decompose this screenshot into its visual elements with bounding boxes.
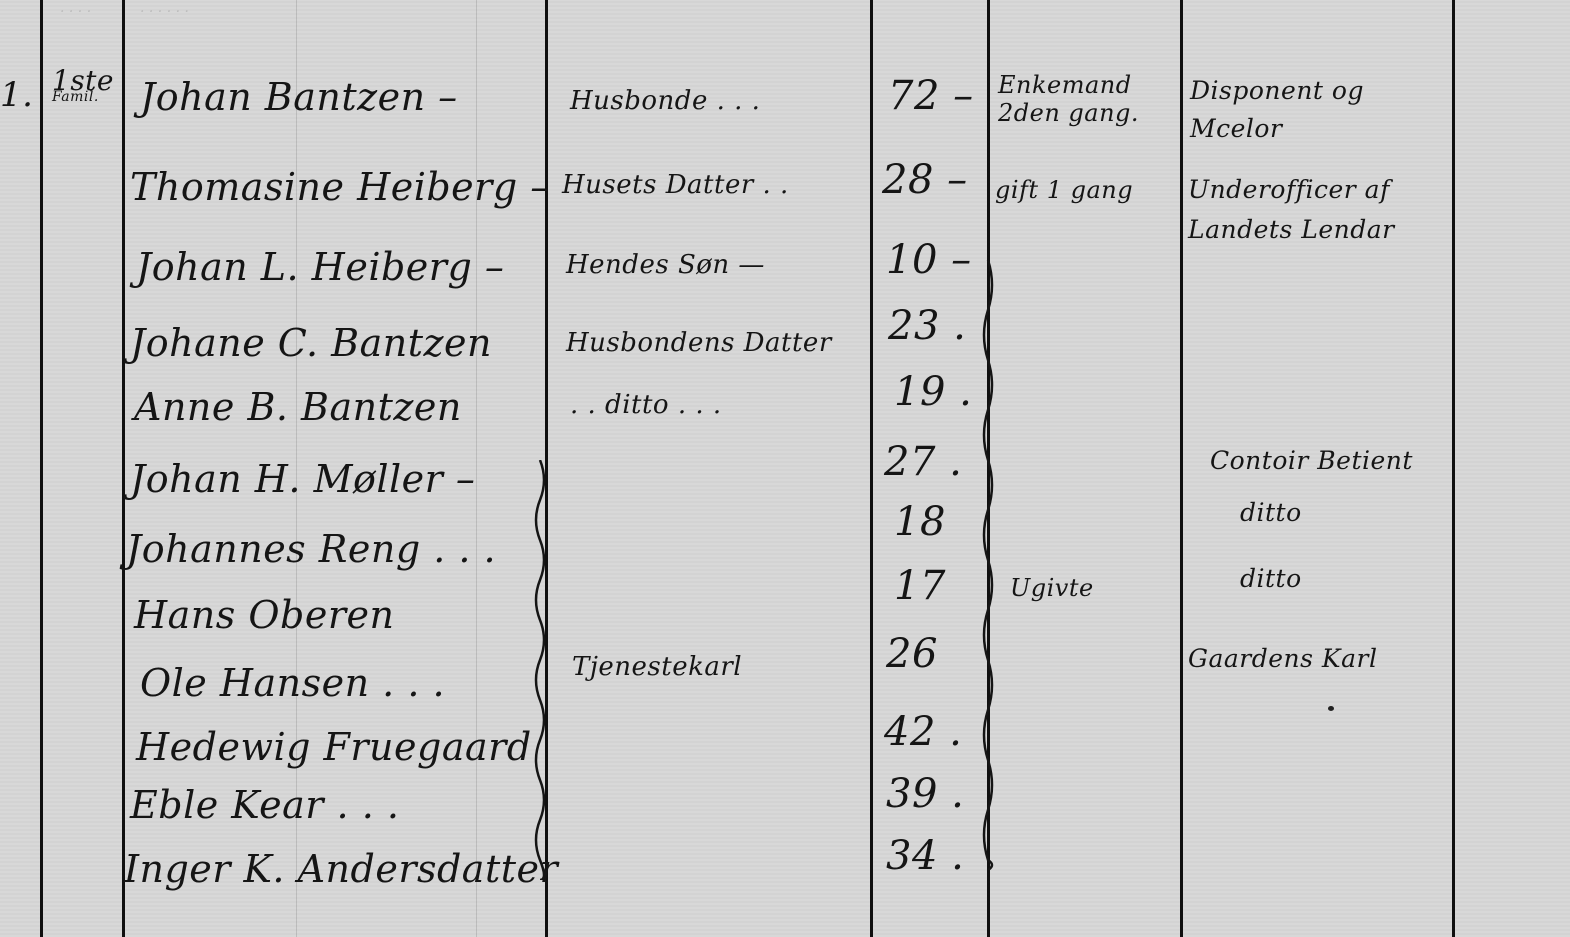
row-8-marital-status: Ugivte xyxy=(1010,576,1094,600)
row-3-age: 10 – xyxy=(886,240,972,280)
column-rule xyxy=(122,0,125,937)
row-8-age: 17 xyxy=(894,566,946,606)
row-9-name: Ole Hansen . . . xyxy=(140,664,445,702)
bracket-stroke xyxy=(981,260,995,870)
row-3-relation: Hendes Søn — xyxy=(566,252,765,278)
row-7-age: 18 xyxy=(894,502,946,542)
faint-guide-line xyxy=(476,0,477,937)
row-4-relation: Husbondens Datter xyxy=(566,330,832,356)
row-2-relation: Husets Datter . . xyxy=(562,172,789,198)
row-4-name: Johane C. Bantzen xyxy=(130,324,492,362)
row-1-marital-status: Enkemand 2den gang. xyxy=(998,72,1178,127)
row-6-occupation: Contoir Betient xyxy=(1210,448,1413,473)
bleed-through-text: · · · · · · xyxy=(140,4,189,20)
bleed-through-text: · · · · xyxy=(60,4,91,20)
row-8-occupation: ditto xyxy=(1240,566,1302,591)
row-5-age: 19 . xyxy=(894,372,972,412)
row-12-name: Inger K. Andersdatter xyxy=(124,850,558,888)
row-1-relation: Husbonde . . . xyxy=(570,88,760,114)
row-12-age: 34 . xyxy=(886,836,964,876)
column-rule xyxy=(870,0,873,937)
row-2-age: 28 – xyxy=(882,160,968,200)
row-11-age: 39 . xyxy=(886,774,964,814)
row-2-marital-status: gift 1 gang xyxy=(995,178,1133,202)
row-10-age: 42 . xyxy=(884,712,962,752)
row-9-occupation: Gaardens Karl xyxy=(1188,646,1377,671)
row-2-occupation: Underofficer af Landets Lendar xyxy=(1188,170,1458,250)
row-8-name: Hans Oberen xyxy=(134,596,394,634)
row-6-age: 27 . xyxy=(884,442,962,482)
row-5-relation: . . ditto . . . xyxy=(570,392,722,418)
row-10-name: Hedewig Fruegaard xyxy=(136,728,532,766)
row-2-name: Thomasine Heiberg – xyxy=(130,168,550,206)
row-6-name: Johan H. Møller – xyxy=(130,460,475,498)
household-number: 1. xyxy=(0,78,33,112)
row-9-relation: Tjenestekarl xyxy=(572,654,742,680)
ink-dot xyxy=(1328,706,1334,711)
bracket-stroke xyxy=(533,460,547,880)
row-1-age: 72 – xyxy=(888,76,974,116)
family-mark: 1ste Famil. xyxy=(52,62,114,104)
row-7-name: Johannes Reng . . . xyxy=(126,530,496,568)
row-1-name: Johan Bantzen – xyxy=(140,78,458,116)
column-rule xyxy=(40,0,43,937)
row-7-occupation: ditto xyxy=(1240,500,1302,525)
row-4-age: 23 . xyxy=(888,306,966,346)
column-rule xyxy=(1452,0,1455,937)
row-5-name: Anne B. Bantzen xyxy=(134,388,462,426)
row-3-name: Johan L. Heiberg – xyxy=(136,248,504,286)
column-rule xyxy=(1180,0,1183,937)
row-1-occupation: Disponent og Mcelor xyxy=(1190,72,1445,147)
register-page: · · · · · · · · · · 1. 1ste Famil. Johan… xyxy=(0,0,1570,937)
row-9-age: 26 xyxy=(886,634,938,674)
row-11-name: Eble Kear . . . xyxy=(130,786,399,824)
